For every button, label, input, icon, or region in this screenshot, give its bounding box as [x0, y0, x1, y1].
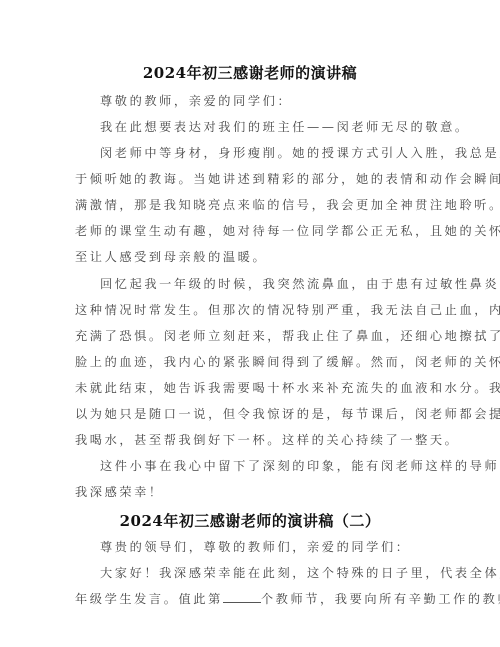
document-title: 2024年初三感谢老师的演讲稿: [0, 62, 500, 83]
paragraph-line: 于倾听她的教诲。当她讲述到精彩的部分，她的表情和动作会瞬间充: [75, 170, 500, 187]
paragraph-line: 我深感荣幸！: [75, 483, 164, 500]
paragraph-line: 至让人感受到母亲般的温暖。: [75, 248, 267, 265]
paragraph-line: 脸上的血迹，我内心的紧张瞬间得到了缓解。然而，闵老师的关怀并: [75, 353, 500, 370]
salutation: 尊敬的教师，亲爱的同学们：: [100, 92, 292, 109]
paragraph-line: 未就此结束，她告诉我需要喝十杯水来补充流失的血液和水分。我原: [75, 379, 500, 396]
paragraph-segment: 个教师节，我要向所有辛勤工作的教师们: [261, 592, 500, 606]
document-title-2: 2024年初三感谢老师的演讲稿（二）: [0, 510, 500, 531]
paragraph-line: 闵老师中等身材，身形瘦削。她的授课方式引人入胜，我总是乐: [100, 144, 500, 161]
paragraph-line: 我在此想要表达对我们的班主任——闵老师无尽的敬意。: [100, 118, 470, 135]
paragraph-line: 回忆起我一年级的时候，我突然流鼻血，由于患有过敏性鼻炎，: [100, 275, 500, 292]
paragraph-line: 这件小事在我心中留下了深刻的印象，能有闵老师这样的导师，: [100, 457, 500, 474]
paragraph-line: 老师的课堂生动有趣，她对待每一位同学都公正无私，且她的关怀备: [75, 222, 500, 239]
paragraph-line: 满激情，那是我知晓亮点来临的信号，我会更加全神贯注地聆听。闵: [75, 196, 500, 213]
fill-in-blank: [223, 592, 261, 603]
paragraph-line: 年级学生发言。值此第个教师节，我要向所有辛勤工作的教师们: [75, 590, 500, 607]
paragraph-line: 大家好！我深感荣幸能在此刻，这个特殊的日子里，代表全体九: [100, 564, 500, 581]
paragraph-line: 这种情况时常发生。但那次的情况特别严重，我无法自己止血，内心: [75, 301, 500, 318]
paragraph-line: 充满了恐惧。闵老师立刻赶来，帮我止住了鼻血，还细心地擦拭了我: [75, 327, 500, 344]
paragraph-line: 以为她只是随口一说，但令我惊讶的是，每节课后，闵老师都会提醒: [75, 405, 500, 422]
salutation-2: 尊贵的领导们，尊敬的教师们，亲爱的同学们：: [100, 538, 411, 555]
paragraph-line: 我喝水，甚至帮我倒好下一杯。这样的关心持续了一整天。: [75, 431, 459, 448]
document-page: 2024年初三感谢老师的演讲稿 尊敬的教师，亲爱的同学们： 我在此想要表达对我们…: [0, 0, 500, 647]
paragraph-segment: 年级学生发言。值此第: [75, 592, 223, 606]
